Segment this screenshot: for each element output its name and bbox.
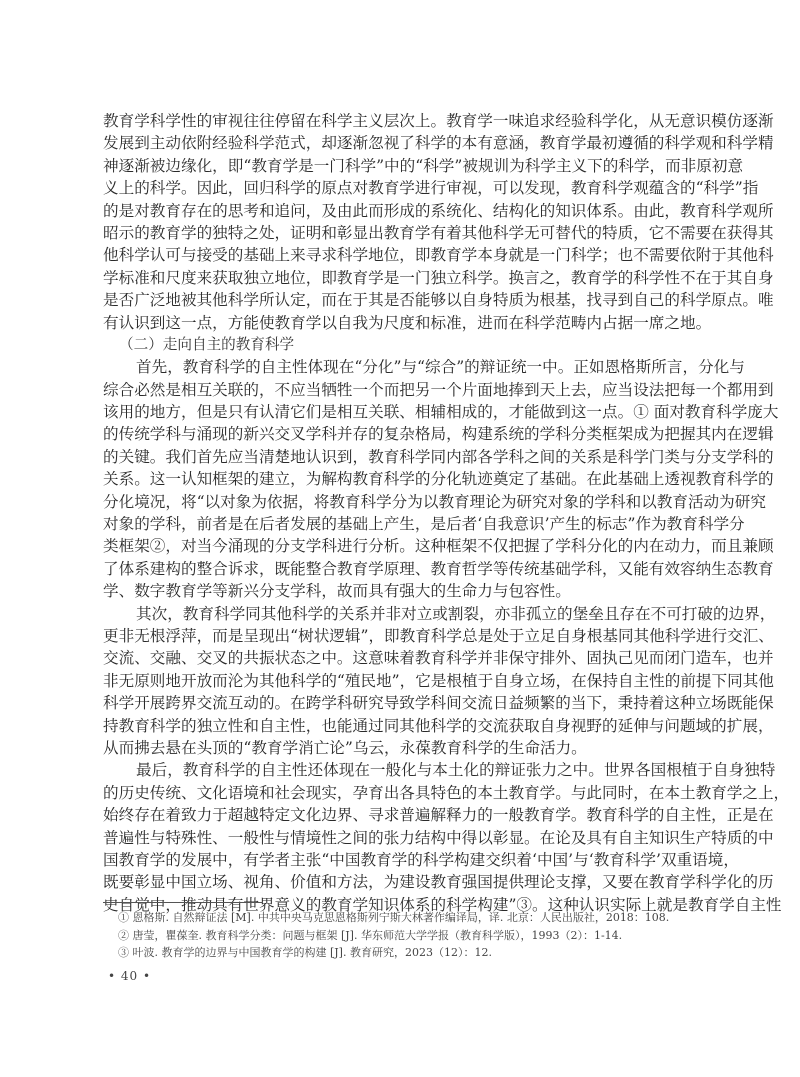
paragraph-line: 交流、交融、交叉的共振状态之中。这意味着教育科学并非保守排外、固执己见而闭门造车… [103, 647, 699, 669]
paragraph-line: 教育学科学性的审视往往停留在科学主义层次上。教育学一味追求经验科学化，从无意识模… [103, 110, 699, 132]
paragraph-line: 最后，教育科学的自主性还体现在一般化与本土化的辩证张力之中。世界各国根植于自身独… [103, 759, 699, 781]
paragraph-line: 科学开展跨界交流互动的。在跨学科研究导致学科间交流日益频繁的当下，秉持着这种立场… [103, 692, 699, 714]
paragraph-line: 关系。这一认知框架的建立，为解构教育科学的分化轨迹奠定了基础。在此基础上透视教育… [103, 468, 699, 490]
paragraph-line: 发展到主动依附经验科学范式，却逐渐忽视了科学的本有意涵，教育学最初遵循的科学观和… [103, 132, 699, 154]
paragraph-line: 类框架②，对当今涌现的分支学科进行分析。这种框架不仅把握了学科分化的内在动力，而… [103, 535, 699, 557]
paragraph-line: 的传统学科与涌现的新兴交叉学科并存的复杂格局，构建系统的学科分类框架成为把握其内… [103, 423, 699, 445]
paragraph-line: 分化境况，将“以对象为依据，将教育科学分为以教育理论为研究对象的学科和以教育活动… [103, 491, 699, 513]
paragraph-line: 昭示的教育学的独特之处，证明和彰显出教育学有着其他科学无可替代的特质，它不需要在… [103, 222, 699, 244]
paragraph-line: 更非无根浮萍，而是呈现出“树状逻辑”，即教育科学总是处于立足自身根基同其他科学进… [103, 625, 699, 647]
page-number: • 40 • [108, 969, 151, 983]
paragraph-line: 有认识到这一点，方能使教育学以自我为尺度和标准，进而在科学范畴内占据一席之地。 [103, 312, 699, 334]
section-heading: （二）走向自主的教育科学 [103, 334, 699, 356]
paragraph-line: 的历史传统、文化语境和社会现实，孕育出各具特色的本土教育学。与此同时，在本土教育… [103, 782, 699, 804]
paragraph-line: 学标准和尺度来获取独立地位，即教育学是一门独立科学。换言之，教育学的科学性不在于… [103, 267, 699, 289]
footnote-1: ① 恩格斯. 自然辩证法 [M]. 中共中央马克思恩格斯列宁斯大林著作编译局，译… [118, 909, 708, 927]
paragraph-line: 学、数字教育学等新兴分支学科，故而具有强大的生命力与包容性。 [103, 580, 699, 602]
paragraph-line: 综合必然是相互关联的，不应当牺牲一个而把另一个片面地捧到天上去，应当设法把每一个… [103, 379, 699, 401]
document-page: 教育学科学性的审视往往停留在科学主义层次上。教育学一味追求经验科学化，从无意识模… [0, 0, 800, 1077]
body-text: 教育学科学性的审视往往停留在科学主义层次上。教育学一味追求经验科学化，从无意识模… [103, 110, 699, 916]
paragraph-line: 持教育科学的独立性和自主性，也能通过同其他科学的交流获取自身视野的延伸与问题域的… [103, 715, 699, 737]
paragraph-line: 从而拂去悬在头顶的“教育学消亡论”乌云，永葆教育科学的生命活力。 [103, 737, 699, 759]
paragraph-line: 始终存在着致力于超越特定文化边界、寻求普遍解释力的一般教育学。教育科学的自主性，… [103, 804, 699, 826]
paragraph-line: 义上的科学。因此，回归科学的原点对教育学进行审视，可以发现，教育科学观蕴含的“科… [103, 177, 699, 199]
paragraph-line: 其次，教育科学同其他科学的关系并非对立或割裂，亦非孤立的堡垒且存在不可打破的边界… [103, 603, 699, 625]
paragraph-line: 该用的地方，但是只有认清它们是相互关联、相辅相成的，才能做到这一点。① 面对教育… [103, 401, 699, 423]
paragraph-line: 是否广泛地被其他科学所认定，而在于其是否能够以自身特质为根基，找寻到自己的科学原… [103, 289, 699, 311]
footnote-3: ③ 叶波. 教育学的边界与中国教育学的构建 [J]. 教育研究，2023（12）… [118, 944, 708, 962]
paragraph-line: 了体系建构的整合诉求，既能整合教育学原理、教育哲学等传统基础学科，又能有效容纳生… [103, 558, 699, 580]
paragraph-line: 非无原则地开放而沦为其他科学的“殖民地”，它是根植于自身立场，在保持自主性的前提… [103, 670, 699, 692]
paragraph-line: 他科学认可与接受的基础上来寻求科学地位，即教育学本身就是一门科学；也不需要依附于… [103, 244, 699, 266]
paragraph-line: 普遍性与特殊性、一般性与情境性之间的张力结构中得以彰显。在论及具有自主知识生产特… [103, 827, 699, 849]
paragraph-line: 神逐渐被边缘化，即“教育学是一门科学”中的“科学”被规训为科学主义下的科学，而非… [103, 155, 699, 177]
footnote-2: ② 唐莹，瞿葆奎. 教育科学分类：问题与框架 [J]. 华东师范大学学报（教育科… [118, 927, 708, 945]
paragraph-line: 对象的学科，前者是在后者发展的基础上产生，是后者‘自我意识’产生的标志”作为教育… [103, 513, 699, 535]
paragraph-line: 的关键。我们首先应当清楚地认识到，教育科学同内部各学科之间的关系是科学门类与分支… [103, 446, 699, 468]
paragraph-line: 既要彰显中国立场、视角、价值和方法，为建设教育强国提供理论支撑，又要在教育学科学… [103, 871, 699, 893]
paragraph-line: 的是对教育存在的思考和追问，及由此而形成的系统化、结构化的知识体系。由此，教育科… [103, 200, 699, 222]
footnotes: ① 恩格斯. 自然辩证法 [M]. 中共中央马克思恩格斯列宁斯大林著作编译局，译… [118, 909, 708, 962]
paragraph-line: 国教育学的发展中，有学者主张“中国教育学的科学构建交织着‘中国’与‘教育科学’双… [103, 849, 699, 871]
footnote-separator [103, 902, 263, 903]
paragraph-line: 首先，教育科学的自主性体现在“分化”与“综合”的辩证统一中。正如恩格斯所言，分化… [103, 356, 699, 378]
